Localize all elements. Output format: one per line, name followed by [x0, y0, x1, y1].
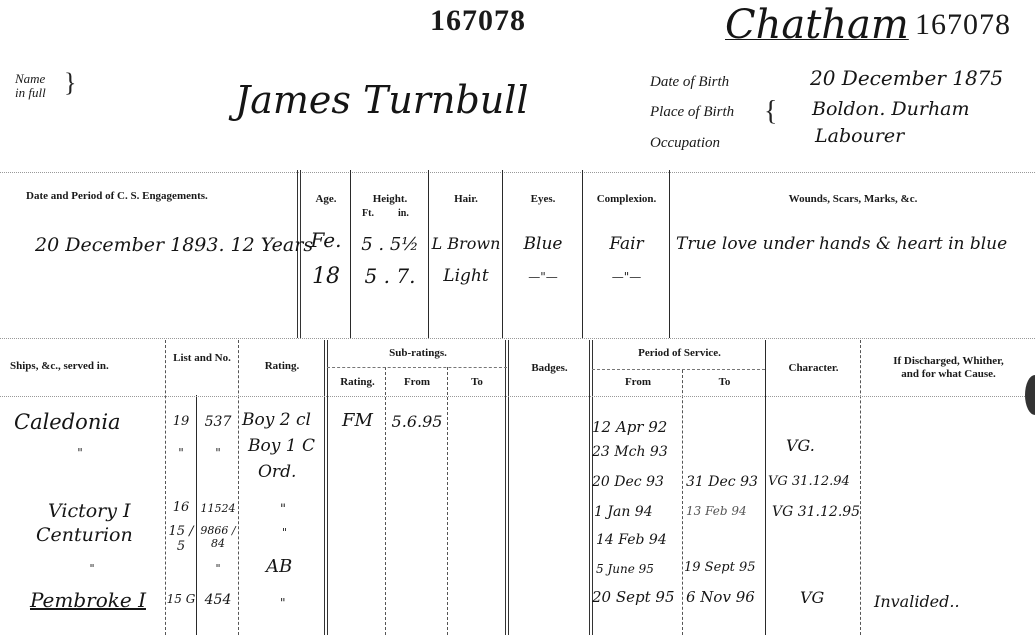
list-value: "	[166, 446, 196, 460]
complexion-header: Complexion.	[584, 193, 669, 205]
column-divider	[669, 170, 670, 338]
divider	[0, 396, 1035, 397]
name-label: Name in full	[15, 72, 46, 100]
occupation-label: Occupation	[650, 135, 720, 152]
column-divider	[196, 395, 197, 635]
binding-hole	[1025, 375, 1035, 415]
brace-icon: {	[764, 96, 777, 128]
sub-ratings-header: Sub-ratings.	[330, 347, 506, 359]
height-in-label: in.	[398, 208, 409, 219]
no-value: 454	[198, 592, 238, 608]
no-value: "	[198, 446, 238, 460]
character-value: VG	[800, 588, 824, 607]
sub-from-header: From	[387, 376, 447, 388]
rating-value: Boy 2 cl	[242, 410, 311, 430]
sub-rating-header: Rating.	[330, 376, 385, 388]
age-value: Fe.	[302, 228, 350, 252]
marks-header: Wounds, Scars, Marks, &c.	[671, 193, 1035, 205]
age-value: 18	[302, 264, 350, 289]
divider	[592, 369, 765, 370]
period-from-value: 14 Feb 94	[596, 532, 667, 548]
ship-name: Pembroke I	[30, 588, 146, 612]
period-to-value: 6 Nov 96	[686, 588, 755, 606]
sub-from-value: 5.6.95	[387, 412, 447, 431]
division-name: Chatham	[725, 2, 909, 48]
column-divider	[582, 170, 583, 338]
complexion-value: —"—	[584, 270, 669, 284]
hair-header: Hair.	[430, 193, 502, 205]
height-value: 5 . 7.	[352, 264, 428, 288]
complexion-value: Fair	[584, 234, 669, 254]
name-value: James Turnbull	[235, 78, 529, 122]
badges-header: Badges.	[510, 362, 589, 374]
no-value: "	[198, 562, 238, 575]
list-value: 15 / 5	[166, 524, 196, 554]
rating-value: Boy 1 C	[248, 436, 315, 456]
no-value: 11524	[198, 502, 238, 515]
pob-label: Place of Birth	[650, 104, 734, 121]
rating-value: "	[282, 526, 287, 539]
ships-header: Ships, &c., served in.	[10, 360, 109, 372]
list-no-header: List and No.	[166, 352, 238, 365]
period-to-value: 19 Sept 95	[684, 560, 756, 575]
dob-label: Date of Birth	[650, 74, 729, 91]
period-from-value: 20 Sept 95	[592, 588, 675, 606]
ship-name: Caledonia	[14, 410, 121, 434]
discharge-value: Invalided..	[874, 592, 960, 611]
rating-value: Ord.	[258, 462, 296, 482]
character-value: VG.	[786, 436, 815, 455]
sub-to-header: To	[449, 376, 505, 388]
column-divider	[682, 370, 683, 635]
ship-name: "	[60, 446, 100, 460]
height-header: Height.	[352, 193, 428, 205]
no-value: 9866 / 84	[198, 524, 238, 550]
list-value: 16	[166, 500, 196, 515]
list-value: 19	[166, 414, 196, 429]
engagement-value: 20 December 1893. 12 Years	[35, 234, 313, 256]
rating-header: Rating.	[240, 360, 324, 372]
engagement-header: Date and Period of C. S. Engagements.	[26, 190, 208, 202]
eyes-value: —"—	[504, 270, 582, 284]
divider	[327, 367, 507, 368]
brace-icon: }	[64, 70, 76, 96]
character-value: VG 31.12.94	[768, 474, 850, 489]
occupation-value: Labourer	[815, 125, 904, 147]
period-from-value: 20 Dec 93	[592, 474, 664, 490]
character-header: Character.	[767, 362, 860, 374]
period-from-value: 1 Jan 94	[594, 504, 653, 520]
eyes-header: Eyes.	[504, 193, 582, 205]
height-ft-label: Ft.	[362, 208, 374, 219]
column-divider	[165, 340, 166, 635]
dob-value: 20 December 1875	[810, 66, 1003, 90]
divider	[0, 338, 1035, 339]
ship-name: Victory I	[48, 500, 131, 522]
list-value: 15 G	[166, 592, 196, 606]
service-number-left: 167078	[430, 4, 526, 38]
service-number-right: 167078	[915, 8, 1011, 42]
column-divider	[428, 170, 429, 338]
column-divider	[505, 340, 509, 635]
period-to-value: 31 Dec 93	[686, 474, 758, 490]
column-divider	[765, 340, 766, 635]
discharge-header: If Discharged, Whither, and for what Cau…	[862, 355, 1035, 381]
period-from-value: 5 June 95	[596, 562, 654, 576]
character-value: VG 31.12.95	[772, 504, 860, 520]
rating-value: "	[280, 502, 286, 517]
ship-name: Centurion	[36, 524, 133, 546]
period-to-header: To	[684, 376, 765, 388]
rating-value: "	[280, 596, 286, 610]
column-divider	[385, 367, 386, 635]
period-from-value: 12 Apr 92	[592, 418, 667, 436]
hair-value: L Brown	[430, 234, 502, 253]
period-from-value: 23 Mch 93	[592, 444, 668, 460]
age-header: Age.	[302, 193, 350, 205]
column-divider	[447, 367, 448, 635]
column-divider	[502, 170, 503, 338]
hair-value: Light	[430, 266, 502, 286]
divider	[0, 172, 1035, 173]
no-value: 537	[198, 414, 238, 430]
ship-name: "	[72, 562, 112, 575]
column-divider	[350, 170, 351, 338]
sub-rating-value: FM	[330, 410, 385, 431]
height-value: 5 . 5½	[352, 234, 428, 255]
eyes-value: Blue	[504, 234, 582, 254]
column-divider	[238, 340, 239, 635]
pob-value: Boldon. Durham	[812, 98, 970, 120]
period-from-header: From	[594, 376, 682, 388]
column-divider	[324, 340, 328, 635]
period-to-value: 13 Feb 94	[686, 504, 747, 518]
period-header: Period of Service.	[594, 347, 765, 359]
column-divider	[860, 340, 861, 635]
marks-value: True love under hands & heart in blue	[676, 234, 1007, 254]
rating-value: AB	[266, 556, 292, 577]
